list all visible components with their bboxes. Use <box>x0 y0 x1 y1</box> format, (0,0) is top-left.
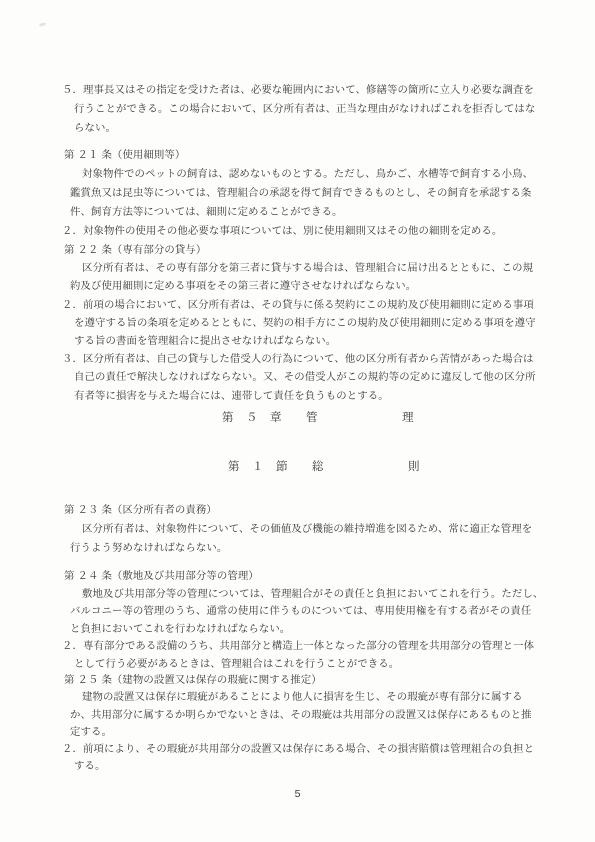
article-22: 第 ２２ 条（専有部分の貸与） 区分所有者は、その専有部分を第三者に貸与する場合… <box>0 242 595 406</box>
text-line: か、共用部分に属するか明らかでないときは、その瑕疵は共用部分の設置又は保存にある… <box>70 707 595 724</box>
clause-item-5: ５．理事長又はその指定を受けた者は、必要な範囲内において、修繕等の箇所に立入り必… <box>0 81 595 138</box>
text-line: と負担においてこれを行わなければならない。 <box>70 621 595 639</box>
scan-smudge-artifact <box>39 22 47 27</box>
section-1-heading: 第 １ 節 総 則 <box>228 460 420 474</box>
text-line: 建物の設置又は保存に瑕疵があることにより他人に損害を生じ、その瑕疵が専有部分に属… <box>82 689 595 706</box>
text-line: として行う必要があるときは、管理組合はこれを行うことができる。 <box>74 656 595 674</box>
text-line: 約及び使用細則に定める事項をその第三者に遵守させなければならない。 <box>70 278 595 296</box>
text-line: 行うよう努めなければならない。 <box>70 539 595 558</box>
text-line: ２．前項の場合において、区分所有者は、その貸与に係る契約にこの規約及び使用細則に… <box>62 297 595 315</box>
text-line: 区分所有者は、その専有部分を第三者に貸与する場合は、管理組合に届け出るとともに、… <box>82 260 595 278</box>
text-line: 鑑賞魚又は昆虫等については、管理組合の承認を得て飼育できるものとし、その飼育を承… <box>70 184 595 203</box>
article-21: 第 ２１ 条（使用細則等） 対象物件でのペットの飼育は、認めないものとする。ただ… <box>0 146 595 241</box>
text-line: を遵守する旨の条項を定めるとともに、契約の相手方にこの規約及び使用細則に定める事… <box>74 315 595 333</box>
article-21-heading: 第 ２１ 条（使用細則等） <box>64 146 595 165</box>
text-line: 敷地及び共用部分等の管理については、管理組合がその責任と負担においてこれを行う。… <box>82 586 595 604</box>
text-line: ５．理事長又はその指定を受けた者は、必要な範囲内において、修繕等の箇所に立入り必… <box>62 81 595 100</box>
text-line: 区分所有者は、対象物件について、その価値及び機能の維持増進を図るため、常に適正な… <box>82 520 595 539</box>
text-line: する。 <box>74 758 595 775</box>
text-line: ２．専有部分である設備のうち、共用部分と構造上一体となった部分の管理を共用部分の… <box>62 638 595 656</box>
text-line: ２．対象物件の使用その他必要な事項については、別に使用細則又はその他の細則を定め… <box>62 222 595 241</box>
article-22-heading: 第 ２２ 条（専有部分の貸与） <box>64 242 595 260</box>
text-line: ３．区分所有者は、自己の貸与した借受人の行為について、他の区分所有者から苦情があ… <box>62 351 595 369</box>
document-page: ５．理事長又はその指定を受けた者は、必要な範囲内において、修繕等の箇所に立入り必… <box>0 0 595 842</box>
text-line: する旨の書面を管理組合に提出させなければならない。 <box>74 333 595 351</box>
article-25-heading: 第 ２５ 条（建物の設置又は保存の瑕疵に関する推定） <box>64 672 595 689</box>
article-24-heading: 第 ２４ 条（敷地及び共用部分等の管理） <box>64 568 595 586</box>
text-line: ２．前項により、その瑕疵が共用部分の設置又は保存にある場合、その損害賠償は管理組… <box>62 741 595 758</box>
text-line: 件、飼育方法等については、細則に定めることができる。 <box>70 203 595 222</box>
text-line: らない。 <box>74 119 595 138</box>
article-23: 第 ２３ 条（区分所有者の責務） 区分所有者は、対象物件について、その価値及び機… <box>0 501 595 558</box>
text-line: 有者等に損害を与えた場合には、連帯して責任を負うものとする。 <box>74 388 595 406</box>
page-number: 5 <box>0 788 595 800</box>
chapter-5-heading: 第 ５ 章 管 理 <box>222 411 414 425</box>
article-23-heading: 第 ２３ 条（区分所有者の責務） <box>64 501 595 520</box>
text-line: 対象物件でのペットの飼育は、認めないものとする。ただし、鳥かご、水槽等で飼育する… <box>82 165 595 184</box>
article-24: 第 ２４ 条（敷地及び共用部分等の管理） 敷地及び共用部分等の管理については、管… <box>0 568 595 674</box>
article-25: 第 ２５ 条（建物の設置又は保存の瑕疵に関する推定） 建物の設置又は保存に瑕疵が… <box>0 672 595 776</box>
text-line: 行うことができる。この場合において、区分所有者は、正当な理由がなければこれを拒否… <box>74 100 595 119</box>
text-line: 定する。 <box>70 724 595 741</box>
text-line: バルコニー等の管理のうち、通常の使用に伴うものについては、専用使用権を有する者が… <box>70 603 595 621</box>
text-line: 自己の責任で解決しなければならない。又、その借受人がこの規約等の定めに違反して他… <box>74 369 595 387</box>
